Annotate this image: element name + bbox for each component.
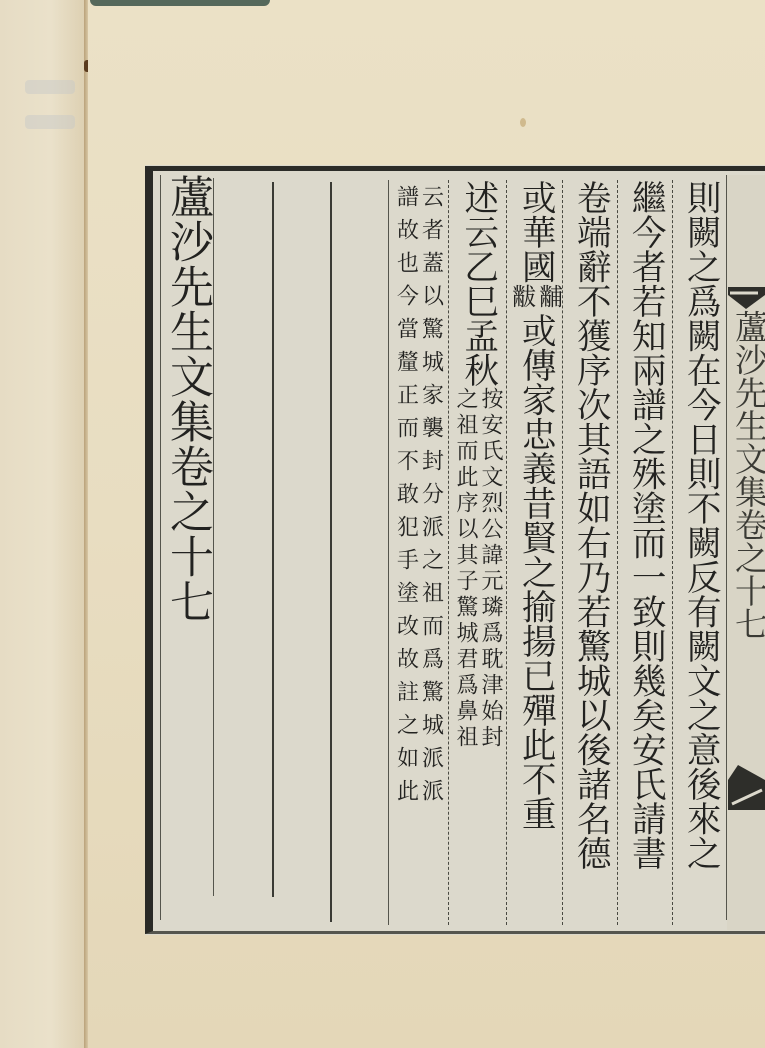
column-rule <box>506 180 507 925</box>
column-rule <box>672 180 673 925</box>
note-left: 譜故也今當釐正而不敢犯手塗改故註之如此 <box>395 185 417 812</box>
column-rule <box>213 178 214 896</box>
lower-fishtail-mark <box>728 760 765 800</box>
note-right: 按安氏文烈公諱元璘爲耽津始封 <box>479 387 501 751</box>
bleed-through-mark <box>25 80 75 94</box>
note-right: 云者蓋以驚城家襲封分派之祖而爲驚城派派 <box>420 185 442 812</box>
column-rule <box>272 182 274 897</box>
text-column-6: 云者蓋以驚城家襲封分派之祖而爲驚城派派 譜故也今當釐正而不敢犯手塗改故註之如此 <box>390 185 446 925</box>
fold-title: 蘆沙先生文集卷之十七 <box>733 310 765 640</box>
column-rule <box>448 180 449 925</box>
column-text: 述云乙巳孟秋 <box>460 180 495 387</box>
book-title-column: 蘆沙先生文集卷之十七 <box>162 174 212 914</box>
column-text: 則闕之爲闕在今日則不闕反有闕文之意後來之 <box>683 180 718 870</box>
interlinear-note: 黼 黻 <box>510 284 561 313</box>
column-rule <box>617 180 618 925</box>
bleed-through-mark <box>25 115 75 129</box>
column-text: 卷端辭不獲序次其語如右乃若驚城以後諸名德 <box>573 180 608 870</box>
note-right: 黼 <box>537 284 561 313</box>
column-text: 或傳家忠義昔賢之揄揚已殫此不重 <box>518 313 553 831</box>
left-page-edge <box>0 0 85 1048</box>
column-text: 繼今者若知兩譜之殊塗而一致則幾矣安氏請書 <box>628 180 663 870</box>
interlinear-note: 按安氏文烈公諱元璘爲耽津始封 之祖而此序以其子驚城君爲鼻祖 <box>454 387 501 751</box>
book-title: 蘆沙先生文集卷之十七 <box>165 174 209 624</box>
column-rule <box>330 182 332 922</box>
text-column-4: 或華國 黼 黻 或傳家忠義昔賢之揄揚已殫此不重 <box>509 180 561 920</box>
text-column-3: 卷端辭不獲序次其語如右乃若驚城以後諸名德 <box>565 180 615 920</box>
column-rule <box>160 175 161 920</box>
edge-stain <box>90 0 270 6</box>
paper-spot <box>520 118 526 127</box>
text-column-5: 述云乙巳孟秋 按安氏文烈公諱元璘爲耽津始封 之祖而此序以其子驚城君爲鼻祖 <box>450 180 505 920</box>
column-rule <box>388 180 389 925</box>
text-column-2: 繼今者若知兩譜之殊塗而一致則幾矣安氏請書 <box>620 180 670 920</box>
interlinear-note: 云者蓋以驚城家襲封分派之祖而爲驚城派派 譜故也今當釐正而不敢犯手塗改故註之如此 <box>395 185 442 812</box>
note-left: 黻 <box>510 284 534 313</box>
text-column-1: 則闕之爲闕在今日則不闕反有闕文之意後來之 <box>675 180 725 920</box>
column-text: 或華國 <box>518 180 553 284</box>
note-left: 之祖而此序以其子驚城君爲鼻祖 <box>454 387 476 751</box>
